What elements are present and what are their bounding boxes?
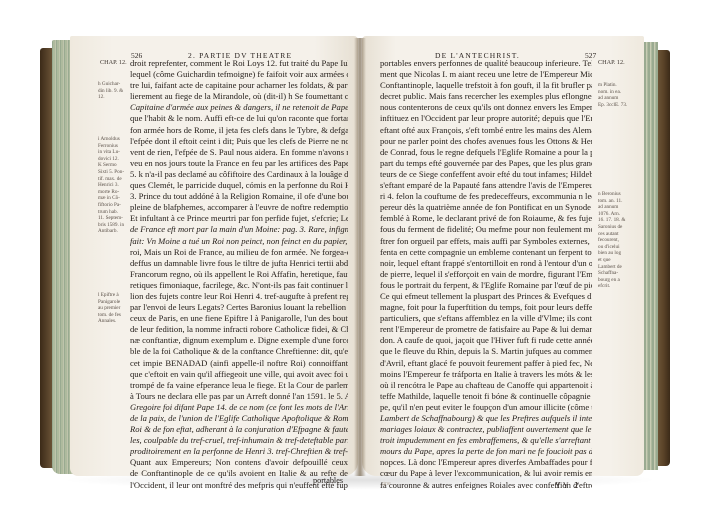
page-edges-right: [642, 42, 658, 470]
text-line: ques Clemét, le parricide duquel, cómis …: [130, 180, 348, 191]
text-line: fenta en cette compagnie un embleme cont…: [380, 247, 592, 258]
text-line: noir, lequel eftant frappé s'entortilloi…: [380, 258, 592, 269]
text-line: fous du ferment de fidelité; Ou mefme po…: [380, 224, 592, 235]
right-chapter-label: CHAP. 12.: [598, 60, 625, 67]
text-line: de leur fedition, la nomme infracti robo…: [130, 324, 348, 335]
text-line: ceux de Paris, en une fiene Epiftre l à …: [130, 313, 348, 324]
text-line: magne, foit pour la fuperftition du temp…: [380, 302, 592, 313]
text-line: par l'envoi de leurs Legats? Certes Baro…: [130, 302, 348, 313]
text-line: à Tours ne declara elle pas par un Arref…: [130, 391, 348, 402]
text-line: Roi & de fon eftat, adherant à la conjur…: [130, 424, 348, 435]
text-line: Et infultant à ce Prince meurtri par fon…: [130, 213, 348, 224]
text-line: tre lui, faifant acte de capitaine pour …: [130, 80, 348, 91]
text-line: ri 4. felon la couftume de fes predeceff…: [380, 191, 592, 202]
text-line: Quant aux Empereurs; Non contens d'avoir…: [130, 457, 348, 468]
text-line: part du temps efté gouvernée par des Pap…: [380, 158, 592, 169]
text-line: de pierre, lequel il s'efforçoit en vain…: [380, 269, 592, 280]
text-line: droit reprefenter, comment le Roi Loys 1…: [130, 58, 348, 69]
text-line: que c'eftoit en vain qu'il affiegeoit un…: [130, 369, 348, 380]
text-line: eftant ofté aux François, s'eft tombé en…: [380, 125, 592, 136]
left-margin-note-l: l Epiftre à Panigarole au premier tom. d…: [98, 292, 121, 325]
right-page-body-text: portables envers perfonnes de qualité be…: [380, 58, 592, 491]
text-line: proditoirement en la perfonne de Henri 3…: [130, 446, 348, 457]
text-line: don. A caufe de quoi, jaçoit que l'Hiver…: [380, 335, 592, 346]
text-line: nopces. Là donc l'Empereur apres diverfe…: [380, 457, 592, 468]
text-line: que l'habit & le nom. Auffi eft-ce de lu…: [130, 113, 348, 124]
text-line: deffus un damnable livre fous le tiltre …: [130, 258, 348, 269]
text-line: pour ne parler point des chofes avenues …: [380, 136, 592, 147]
left-chapter-label: CHAP. 12.: [100, 60, 127, 67]
text-line: troit impudemment en fes embraffemens, &…: [380, 435, 592, 446]
text-line: fous le portrait du ferpent, & l'Eglife …: [380, 280, 592, 291]
text-line: fait: Vn Moine a tué un Roi non peinct, …: [130, 236, 348, 247]
left-page-body-text: droit reprefenter, comment le Roi Loys 1…: [130, 58, 348, 491]
text-line: næ conftantiæ, dignum exemplum e. Digne …: [130, 335, 348, 346]
text-line: fon armée hors de Rome, il jeta fes clef…: [130, 125, 348, 136]
text-line: ftrer fon orgueil par effets, mais auffi…: [380, 236, 592, 247]
text-line: rent l'Empereur de prometre de fatisfair…: [380, 324, 592, 335]
text-line: où il rencótra le Pape au chafteau de Ca…: [380, 380, 592, 391]
text-line: Francorum regno, où ils appellent le Roi…: [130, 269, 348, 280]
left-catchword: portables: [313, 476, 343, 485]
text-line: les, coulpable du tref-cruel, tref-inhum…: [130, 435, 348, 446]
text-line: de Conrad, fous le regne defquels l'Egli…: [380, 147, 592, 158]
text-line: Gregoire foi difant Pape 14. de ce nom (…: [130, 402, 348, 413]
text-line: s'eftant emparé de la Papauté fans atten…: [380, 180, 592, 191]
text-line: l'efpée dont il eftoit ceint i dit; Puis…: [130, 136, 348, 147]
text-line: Lambert de Schaffnabourg) & que les Pref…: [380, 413, 592, 424]
right-signature-mark: YY 2: [555, 481, 580, 490]
left-margin-note-h: h Guichar- din lib. 9. & 12.: [98, 81, 123, 101]
text-line: inftituez en l'Occident par leur propre …: [380, 113, 592, 124]
text-line: Ce qui efmeut tellement la pluspart des …: [380, 291, 592, 302]
text-line: vent de rien, l'efpée de S. Paul nous ai…: [130, 147, 348, 158]
text-line: particuliers, que s'eftans affemblez en …: [380, 313, 592, 324]
text-line: pereur dès la quatrième année de fon Pon…: [380, 202, 592, 213]
text-line: de la paix, de l'union de l'Eglife Catho…: [130, 413, 348, 424]
text-line: decret public. Mais fans recercher les e…: [380, 91, 592, 102]
text-line: cet impie BENADAD (ainfi appelle-il noft…: [130, 358, 348, 369]
text-line: femblé à Rome, le declarant privé de fon…: [380, 213, 592, 224]
text-line: Capitaine d'armée aux peines & dangers, …: [130, 102, 348, 113]
text-line: trompé de fa vaine efperance leua le fie…: [130, 380, 348, 391]
text-line: pe, qu'il n'en peut eviter le foupçon d'…: [380, 402, 592, 413]
text-line: d'Avril, eftant glacé fe pouvoit feureme…: [380, 358, 592, 369]
left-margin-note-i-k: i Arnoldus Ferronius in vita Lu- dovici …: [98, 136, 124, 235]
text-line: lion des fujets contre leur Roi Henri 4.…: [130, 291, 348, 302]
text-line: mours du Pape, apres la perte de fon mar…: [380, 446, 592, 457]
text-line: moins l'Empereur fe tráfporta en Italie …: [380, 369, 592, 380]
text-line: que le fleuve du Rhin, depuis la S. Mart…: [380, 346, 592, 357]
text-line: veu en nos jours toute la France en feu …: [130, 158, 348, 169]
text-line: cœur du Pape à lever l'excommunication, …: [380, 468, 592, 479]
text-line: de France eft mort par la main d'un Moin…: [130, 224, 348, 235]
right-catchword: gne: [382, 481, 391, 487]
text-line: nous contenterons de ceux qu'ils ont don…: [380, 102, 592, 113]
book-gutter: [354, 38, 366, 476]
text-line: teurs de ce Siege confeffent avoir efté …: [380, 169, 592, 180]
right-margin-note-m: m Platin. nom. in ea. ad annum Ep. 3cclE…: [598, 82, 627, 108]
text-line: ment que Nicolas I. m aiant receu une le…: [380, 69, 592, 80]
text-line: lequel (côme Guichardin tefmoigne) fe fa…: [130, 69, 348, 80]
text-line: 3. Prince du tout addóné à la Religion R…: [130, 191, 348, 202]
text-line: lierement au fiege de la Mirandole, où (…: [130, 91, 348, 102]
text-line: 5. k n'a-il pas declamé au côfiftoire de…: [130, 169, 348, 180]
right-margin-note-n: n Beronius tom. an. 11. ad annum 1076. A…: [598, 191, 625, 290]
text-line: portables envers perfonnes de qualité be…: [380, 58, 592, 69]
text-line: Conftantinople, laquelle trefstoit à fon…: [380, 80, 592, 91]
text-line: ble de la foi Catholique & de la conftan…: [130, 346, 348, 357]
text-line: teffe Mathilde, laquelle tenoit fi bóne …: [380, 391, 592, 402]
text-line: roi, Mais un Roi de France, au milieu de…: [130, 247, 348, 258]
text-line: pleine de blafphemes, accomparer à l'euv…: [130, 202, 348, 213]
text-line: mariages loiaux & contractez, publiaffen…: [380, 424, 592, 435]
text-line: retiques fimoniaque, facrilege, &c. N'on…: [130, 280, 348, 291]
